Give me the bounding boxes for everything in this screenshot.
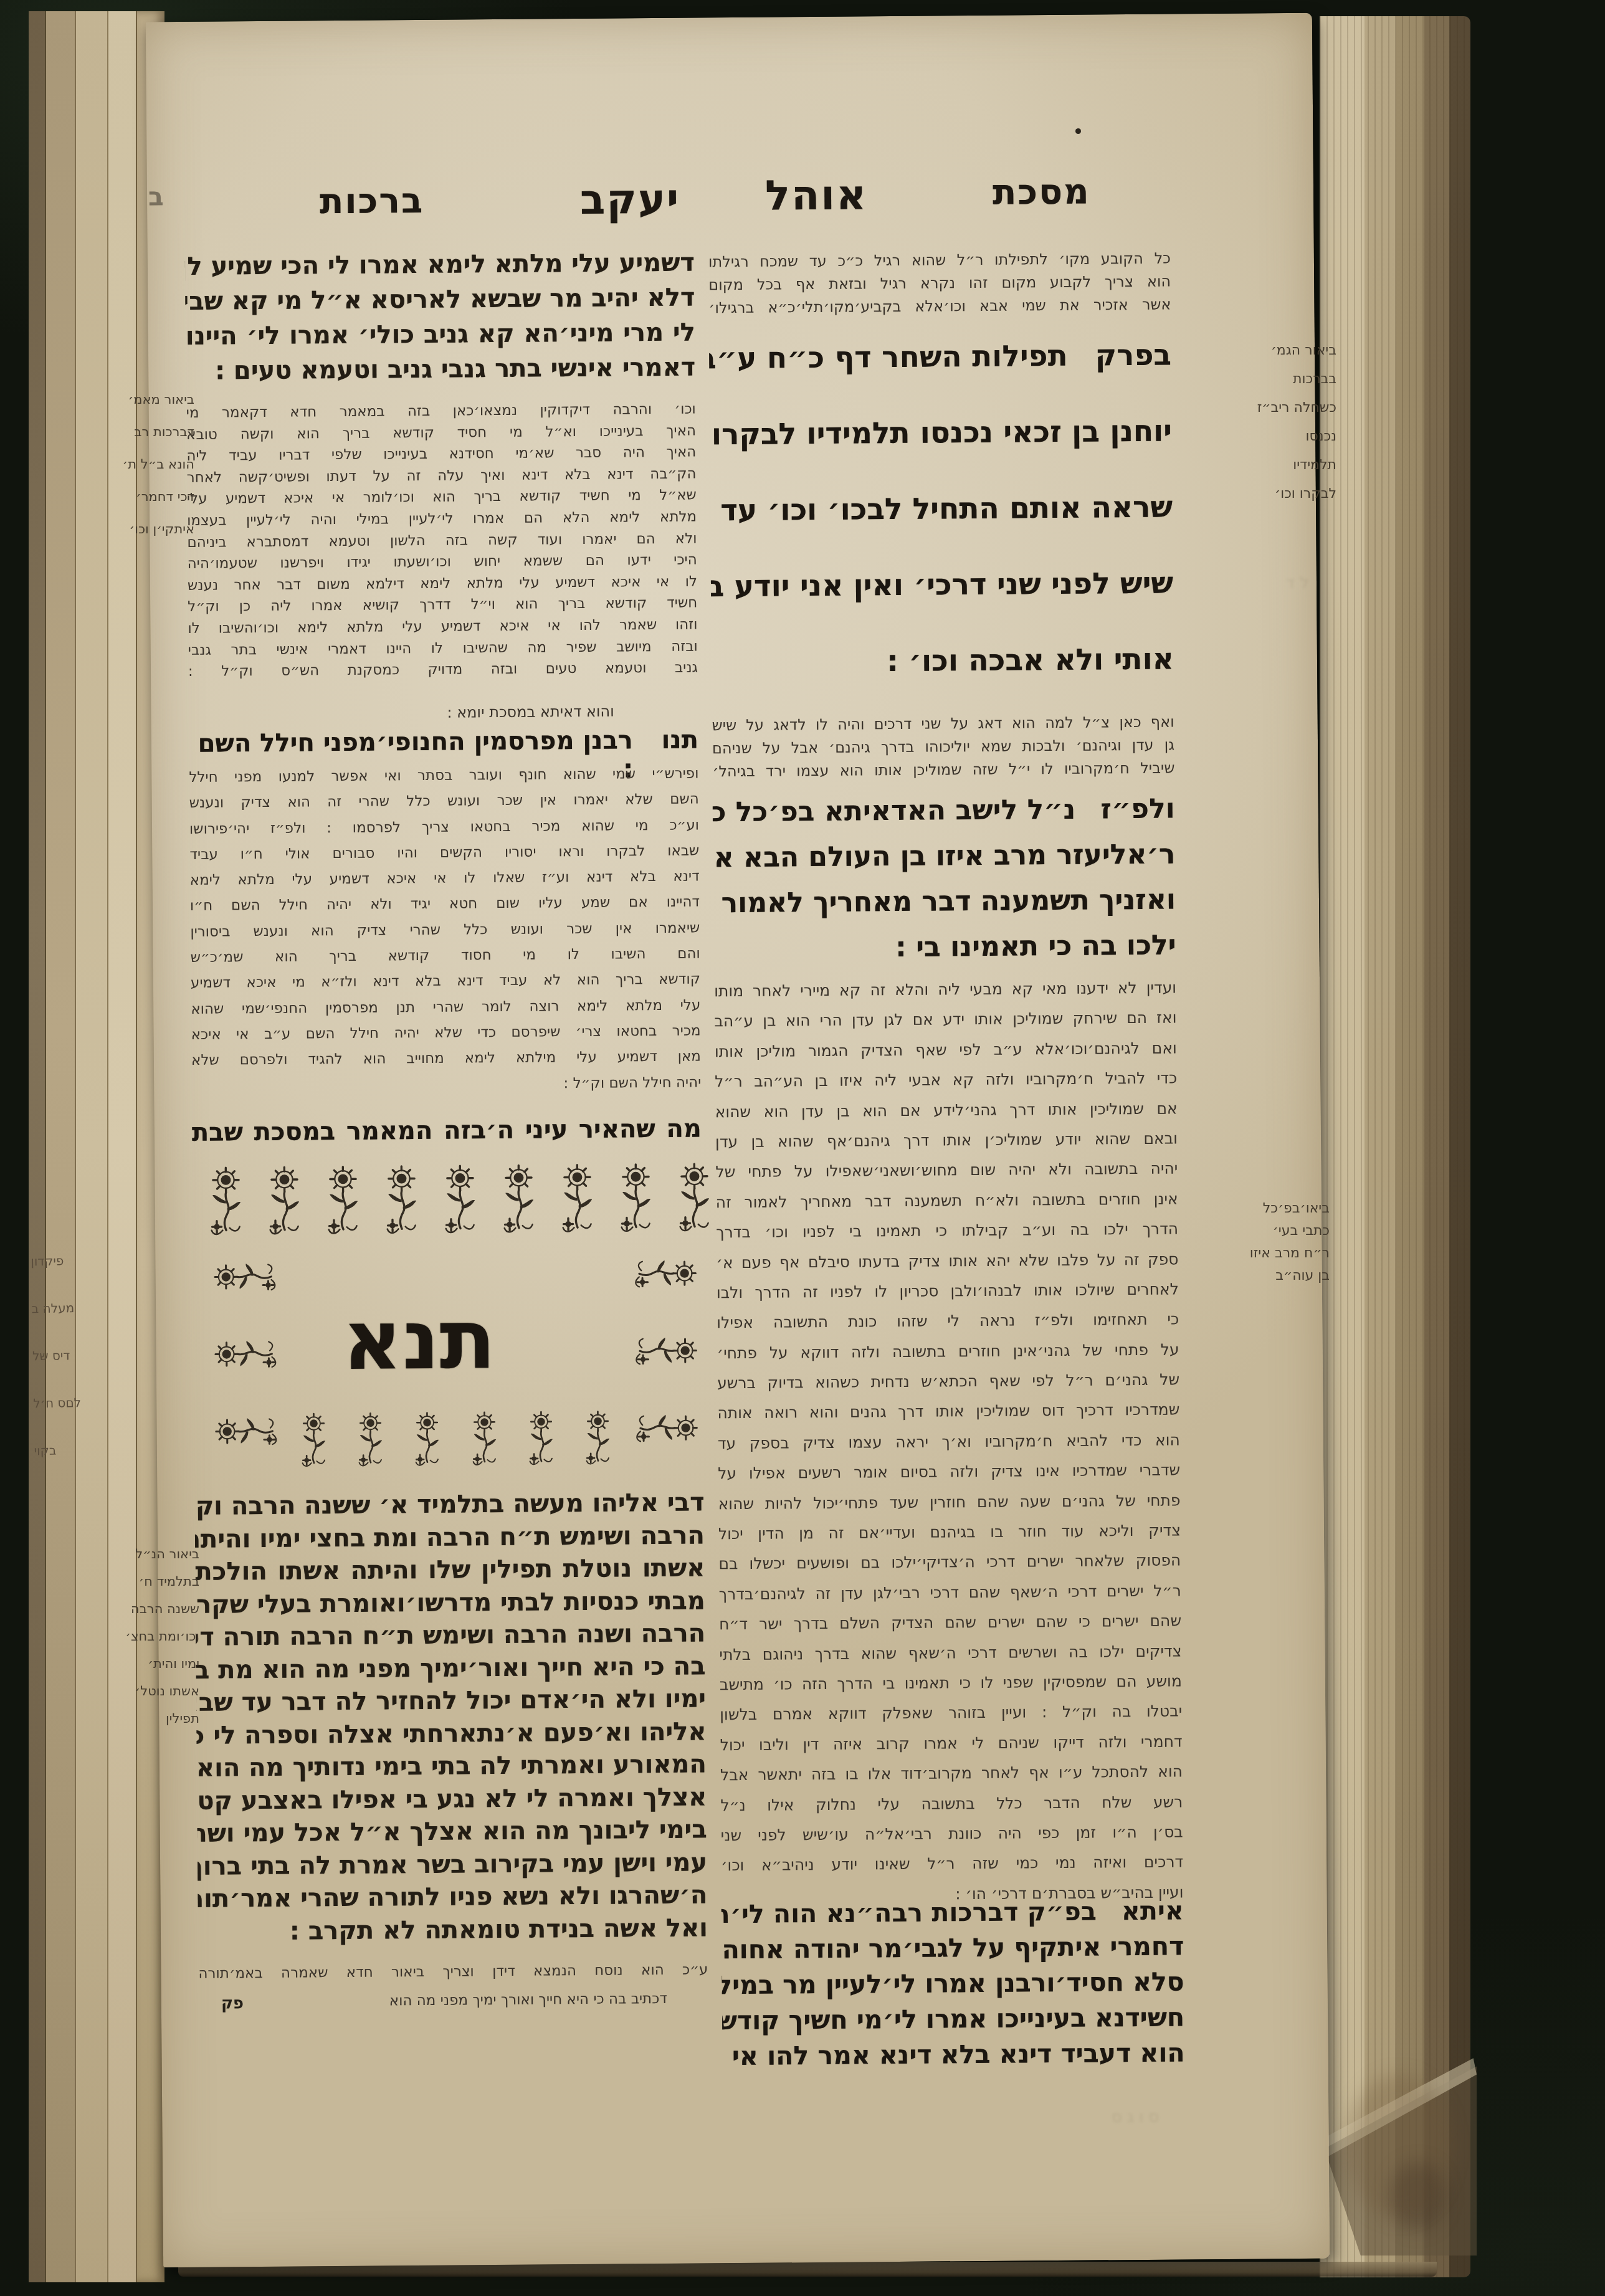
- text-line: ובאם שהוא יודע שמוליכ׳ן אותו דרך גיהנם׳א…: [715, 1129, 1178, 1163]
- text-line: ר׳אליעזר מרב איזו בן העולם הבא א״ל: [713, 838, 1176, 887]
- text-line: לבקרו וכו׳: [1215, 480, 1336, 508]
- text-line: שמדרכיו דרכיך דוס שמוליכין אותו דרך גהני…: [717, 1401, 1179, 1434]
- text-line: יוחנן בן זכאי נכנסו תלמידיו לבקרו כיון: [710, 414, 1173, 493]
- floral-ornament-bottom-band: [288, 1400, 623, 1480]
- fleuron-flower-icon: [496, 1162, 541, 1239]
- header-edge-fragment: ב: [148, 183, 165, 211]
- header-title-ohel: אוהל: [765, 171, 868, 219]
- text-line: שהם ישרים כי שהם ישרים שהם הצדיק השלם בד…: [719, 1612, 1181, 1646]
- page-edge-strip: [107, 11, 137, 2282]
- text-line: הרבה ושנה הרבה ושימש ת״ח הרבה תורה דכתי׳: [196, 1619, 705, 1655]
- book-page: ב מסכת אוהל יעקב ברכות כל הקובע מקו׳ לתפ…: [146, 13, 1330, 2268]
- text-line: שיביל ח׳מקרוביו לו י״ל שזה שמוליכן אותו …: [712, 759, 1174, 786]
- left-column-tana-devei-eliyahu-text: דבי אליהו מעשה בתלמיד א׳ ששנה הרבה וקראה…: [194, 1488, 708, 1950]
- text-line: לי מרי מיני׳הא קא גניב כולי׳ אמרו לי׳ הי…: [186, 318, 695, 356]
- catchword-mark: פק: [221, 1994, 244, 2013]
- text-line: ה׳שהרגו ולא נשא פניו לתורה שהרי אמר׳תורה: [198, 1880, 707, 1917]
- fleuron-flower-icon: [672, 1161, 717, 1237]
- fleuron-flower-icon: [555, 1162, 600, 1239]
- text-line: מעלה ב: [31, 1284, 125, 1333]
- text-line: דאמרי אינשי בתר גנבי גניב וטעמא טעים :: [186, 353, 695, 391]
- text-line: בה כי היא חייך ואור׳ימיך מפני מה הוא מת …: [196, 1652, 705, 1689]
- tanu-rabanan-heading: תנו רבנן מפרסמין החנופי׳מפני חילל השם :: [189, 725, 698, 765]
- text-line: ר״ל ישרים דרכי ה׳שאף שהם דרכי רבי׳לגן עד…: [719, 1581, 1181, 1615]
- fleuron-flower-icon: [212, 1322, 282, 1387]
- text-line: מכיר בחטאו צרי׳ שיפרסם כדי שלא יהיה חילל…: [191, 1022, 701, 1052]
- text-line: גן עדן וגיהנם׳ ולבכות שמא יוליכוהו בדרך …: [712, 736, 1174, 763]
- left-column-talmud-text-top: דשמיע עלי מלתא לימא אמרו לי הכי שמיע לןד…: [185, 248, 696, 391]
- text-line: ביאור הנ״ל: [112, 1540, 199, 1568]
- text-line: ואזניך תשמענה דבר מאחריך לאמור זה הדרך: [713, 884, 1176, 933]
- text-line: הדרך ילכו בה וע״ב קבילתו כי תאמינו בי לפ…: [716, 1220, 1178, 1254]
- text-line: בקוי: [34, 1426, 128, 1475]
- fleuron-flower-icon: [262, 1164, 307, 1241]
- fleuron-flower-icon: [320, 1164, 366, 1241]
- fleuron-flower-icon: [516, 1409, 566, 1470]
- text-line: הרבה ושימש ת״ח הרבה ומת בחצי ימיו והיתה: [195, 1521, 705, 1558]
- fleuron-flower-icon: [630, 1318, 699, 1384]
- text-line: פיקדון: [31, 1236, 125, 1285]
- text-line: ימיו ולא הי׳אדם יכול להחזיר לה דבר עד שב…: [196, 1684, 706, 1721]
- fleuron-flower-icon: [613, 1161, 659, 1238]
- left-column-footer-commentary-line1: ע״כ הוא נוסח הנמצא דידן וצריך ביאור חדא …: [198, 1961, 708, 1981]
- text-line: קודשא בריך הוא לא עביד דינא בלא דינא ולז…: [191, 971, 700, 1001]
- text-line: ופירש״י שמי שהוא חונף ועובר בסתר ואי אפש…: [189, 765, 698, 795]
- fleuron-flower-icon: [203, 1165, 249, 1241]
- text-line: ר״ח מרב איזו: [1166, 1242, 1330, 1265]
- text-line: שדברי שמדרכיו אינו צדיק ולזה בסיום אומר …: [718, 1461, 1180, 1495]
- text-line: אם שמוליכין אותו דרך גהני׳לידע אם הוא בן…: [715, 1099, 1178, 1133]
- text-line: יהיה חילל השם וק״ל :: [191, 1074, 701, 1104]
- text-line: ששנה הרבה: [112, 1595, 199, 1622]
- text-line: של גהני׳ם ר״ל לפי שאף הכתא׳ש נדחית כשהוא…: [717, 1371, 1179, 1404]
- text-line: אשתו נוטל׳: [112, 1677, 199, 1705]
- text-line: דלא יהיב מר שבשא לאריסא א״ל מי קא שביק: [185, 283, 695, 322]
- page-edge-strip: [75, 11, 108, 2282]
- right-column-talmud-quote-berachot5b: איתא בפ״ק דברכות רבה״נא הוה לי׳ת׳דני דחמ…: [722, 1895, 1185, 2077]
- fleuron-flower-icon: [437, 1163, 483, 1239]
- fleuron-flower-icon: [629, 1241, 698, 1307]
- floral-ornament-right-strip: [622, 1239, 707, 1462]
- text-line: שבאו לבקרו וראו יסוריו הקשים והיו סבורים…: [189, 842, 699, 872]
- text-line: מאן דשמיע עלי מילתא לימא מחוייב הוא להגי…: [191, 1049, 701, 1079]
- text-line: עלי מלתא לימא רוצה לומר שהרי תנן מפרסמין…: [191, 997, 700, 1027]
- text-line: ספק זה על פלבו שלא יהא אותו צדיק בדעתו ס…: [716, 1250, 1178, 1284]
- floral-ornament-left-strip: [205, 1242, 289, 1466]
- text-line: דחמרי ולזה דייקו שניהם לי אמרו קרוב איזה…: [720, 1732, 1183, 1766]
- text-line: ואל אשה בנידת טומאתה לא תקרב :: [198, 1913, 708, 1950]
- text-line: הוא צריך לקבוע מקום זהו נקרא רגיל ובזאת …: [708, 272, 1171, 299]
- text-line: יהיה בתשובה ולא יהיה שום מחוש׳ושאני׳שאפי…: [715, 1160, 1178, 1193]
- text-line: ועדין לא ידענו מאי קא מבעי ליה והלא זה ק…: [714, 978, 1176, 1012]
- text-line: אשר אזכיר את שמי אבא וכו׳אלא בקביע׳מקו׳ת…: [708, 295, 1171, 322]
- text-line: יבטלו בה וק״ל : ועיין בזוהר שאפלק דווקא …: [720, 1702, 1182, 1736]
- right-column-talmud-quote-shabbat: ולפ״ז נ״ל לישב האדאיתא בפ׳כל כתבי בעי ר׳…: [713, 793, 1176, 978]
- text-line: לאחרים שיולכו אותו לבנהו׳ולבן סכריון לו …: [717, 1280, 1179, 1313]
- fleuron-flower-icon: [212, 1244, 281, 1310]
- text-line: צדיקים ילכו בה ושרשים דרכי ה׳שאף שהוא בד…: [719, 1642, 1181, 1675]
- text-line: אשתו נוטלת תפילין שלו והיתה אשתו הולכת: [195, 1553, 705, 1590]
- page-edge-strip: [45, 11, 76, 2282]
- fleuron-flower-icon: [379, 1163, 424, 1240]
- fore-edge-texture: [1320, 16, 1470, 2277]
- quote-first-line: בפרק תפילות השחר דף כ״ח ע״ב כשחלה רבי: [709, 338, 1172, 417]
- text-line: ביאור מאמ׳: [116, 383, 194, 416]
- previous-page-text-fragments: פיקדוןמעלה בדיס שללםס ח׳לבקוי: [31, 1236, 128, 1475]
- tana-display-word: תנא: [338, 1292, 500, 1389]
- text-line: ימיו והית׳: [112, 1650, 199, 1677]
- initial-word-ita: איתא: [1122, 1895, 1184, 1932]
- text-line: חשידנא בעינייכו אמרו לי׳מי חשיך קודש׳ברי…: [722, 2002, 1184, 2041]
- text-line: גניב וטעמא טעים ובזה מדויק כמסקנת הש״ס ו…: [188, 660, 698, 685]
- fleuron-flower-icon: [213, 1399, 282, 1464]
- right-column-commentary-1: ואף כאן צ״ל למה הוא דאג על שני דרכים והי…: [712, 713, 1175, 786]
- page-edge-strip: [29, 11, 45, 2282]
- text-line: וע״כ מי שהוא מכיר בחטאו צריך לפרסמו : ול…: [189, 817, 699, 847]
- text-line: מושע הם שמפסיקין שפני לו כי תאמינו בי הד…: [720, 1672, 1182, 1705]
- text-line: דרכים ואיזה נמי כמי שזה ר״ל שאינו יודע נ…: [721, 1853, 1183, 1887]
- bleed-through-text: ל ד: [1209, 574, 1309, 593]
- text-line: וכו׳ומת בחצ׳: [112, 1622, 199, 1650]
- text-line: ילכו בה כי תאמינו בי :: [713, 929, 1176, 978]
- text-line: מבתי כנסיות לבתי מדרשו׳ואומרת בעלי שקרא׳: [196, 1586, 705, 1623]
- text-line: דהיינו אם שמע עליו שום חטא יגיד ולא יהיה…: [190, 894, 700, 924]
- text-line: דברכות רב: [116, 416, 194, 448]
- text-line: רשע שלח הדבר כלל בתשובה עלי נחלוק אילו נ…: [720, 1793, 1183, 1826]
- header-title-yaakov: יעקב: [580, 175, 680, 224]
- text-line: שיש לפני שני דרכי׳ ואין אני יודע באיזה מ…: [711, 566, 1174, 645]
- floral-ornament-top-band: [203, 1161, 717, 1243]
- text-line: דכי דחמר׳: [116, 480, 194, 513]
- right-margin-gloss-1: ביאור הגמ׳בברכותכשחלה ריב״זנכנסותלמידיול…: [1215, 336, 1336, 508]
- ink-speck: [1075, 128, 1081, 134]
- text-line: הוא להסתכל ע״ו אף לאחר מקרוב׳דוד אלו בו …: [720, 1763, 1183, 1796]
- header-masechet: מסכת: [993, 172, 1090, 213]
- text-line: תפילין: [112, 1705, 199, 1732]
- text-line: הוא כדי להביא ח׳מקרוביו וא׳ך יראה עצמו צ…: [718, 1431, 1180, 1464]
- fleuron-flower-icon: [346, 1411, 396, 1471]
- left-column-commentary-2: ופירש״י שמי שהוא חונף ועובר בסתר ואי אפש…: [189, 765, 701, 1103]
- text-line: דיס של: [32, 1331, 126, 1380]
- text-line: אינן חוזרים בתשובה ולא״ח תשמענה דבר מאחר…: [716, 1189, 1178, 1223]
- fleuron-flower-icon: [288, 1411, 339, 1472]
- initial-word-ulefaz: ולפ״ז: [1100, 793, 1175, 839]
- bleed-through-text: ס ו ג ס: [785, 2108, 1159, 2130]
- text-line: בס׳ן ה״ו זמן כפי היה כוונת רבי׳אל״ה עו׳ש…: [721, 1822, 1183, 1856]
- text-line: כדי להביל ח׳מקרוביו ולזה קא אבעי ליה איז…: [715, 1069, 1177, 1103]
- yoma-reference-line: והוא דאיתא במסכת יומא :: [188, 701, 785, 723]
- text-line: ואז הם שירחק שמוליכן אותו ידע אם לגן עדן…: [714, 1009, 1176, 1042]
- text-line: אצלך ואמרה לי לא נגע בי אפילו באצבע קטנה: [197, 1783, 707, 1819]
- scanned-book-photo: { "header": { "tractate_word": "מסכת", "…: [0, 0, 1605, 2296]
- text-line: כשחלה ריב״ז: [1215, 394, 1336, 422]
- header-berachot: ברכות: [320, 181, 424, 222]
- left-column-commentary-1: וכו׳ והרבה דיקדוקין נמצאו׳כאן בזה במאמר …: [186, 401, 698, 685]
- right-column-commentary-2: ועדין לא ידענו מאי קא מבעי ליה והלא זה ק…: [714, 978, 1184, 1917]
- text-line: דבי אליהו מעשה בתלמיד א׳ ששנה הרבה וקרא: [194, 1488, 704, 1525]
- text-line: המאורע ואמרתי לה בתי בימי נדותיך מה הוא: [197, 1750, 707, 1786]
- text-line: כתבי בעי׳: [1166, 1220, 1330, 1242]
- text-line: על פתחי של גהני׳אינן חוזרים בתשובה ולזה …: [717, 1340, 1179, 1374]
- text-line: דחמרי איתקיף על לגבי׳מר יהודה אחוה דרב: [722, 1931, 1184, 1970]
- fleuron-flower-icon: [631, 1395, 700, 1460]
- text-line: כי תאחזימו ולפ״ז נראה לי שזהו כונת התשוב…: [717, 1310, 1179, 1344]
- text-line: ואם לגיהנם׳וכו׳אלא ע״ב לפי שאף הצדיק הגמ…: [715, 1039, 1177, 1072]
- fleuron-flower-icon: [402, 1411, 453, 1471]
- text-line: נכנסו: [1215, 422, 1336, 451]
- text-line: בברכות: [1215, 365, 1336, 394]
- shabbat-section-heading: מה שהאיר עיני ה׳בזה המאמר במסכת שבת: [192, 1114, 702, 1146]
- fleuron-flower-icon: [459, 1410, 510, 1470]
- fleuron-flower-icon: [573, 1409, 623, 1469]
- right-column-rashi-intro: כל הקובע מקו׳ לתפילתו ר״ל שהוא רגיל כ״כ …: [708, 249, 1171, 322]
- quote-first-line: ולפ״ז נ״ל לישב האדאיתא בפ׳כל כתבי בעי: [713, 793, 1176, 842]
- text-line: בן עוה״ב: [1166, 1265, 1330, 1287]
- text-line: כל הקובע מקו׳ לתפילתו ר״ל שהוא רגיל כ״כ …: [708, 249, 1171, 276]
- stain: [1389, 2162, 1445, 2231]
- text-line: הונא ב״ל ת׳: [116, 448, 194, 480]
- text-line: בתלמיד ח׳: [112, 1568, 199, 1595]
- text-line: והם השיבו לו מי חסוד קודשא בריך הוא שמ׳כ…: [191, 946, 700, 976]
- text-line: השם שלא יאמרו אין שכר ועונש כלל שהרי זה …: [189, 791, 699, 821]
- text-line: ביאו׳בפ׳כל: [1166, 1198, 1330, 1220]
- left-column-footer-commentary-line2: דכתיב בה כי היא חייך ואורך ימיך מפני מה …: [199, 1989, 783, 2010]
- text-line: לםס ח׳ל: [33, 1378, 127, 1427]
- text-line: דינא בלא דינא וע״ז שאלו לו אי איכא דשמיע…: [190, 869, 700, 898]
- text-line: תלמידיו: [1215, 451, 1336, 480]
- left-margin-gloss-2: ביאור הנ״לבתלמיד ח׳ששנה הרבהוכו׳ומת בחצ׳…: [112, 1540, 199, 1732]
- text-line: אליהו וא׳פעם א׳נתארחתי אצלה וספרה לי כל: [196, 1717, 706, 1754]
- text-line: צדיק וליכא עוד חוזר בו בגיהנם ועדיי׳אם ז…: [718, 1521, 1181, 1555]
- quote-first-line: איתא בפ״ק דברכות רבה״נא הוה לי׳ת׳דני: [722, 1895, 1184, 1935]
- text-line: איתקי׳ן וכו׳: [116, 513, 194, 545]
- text-line: שראה אותם התחיל לבכו׳ וכו׳ עד ולא עוד אל…: [710, 490, 1173, 569]
- left-margin-gloss-1: ביאור מאמ׳דברכות רבהונא ב״ל ת׳דכי דחמר׳א…: [116, 383, 194, 545]
- text-line: עמי וישן עמי בקירוב בשר אמרת לה בתי ברוך: [198, 1848, 707, 1885]
- text-line: בימי ליבונך מה הוא אצלך א״ל אכל עמי ושתה: [198, 1815, 707, 1852]
- text-line: הוא דעביד דינא בלא דינא אמר להו אי איכא: [722, 2037, 1184, 2077]
- text-line: סלא חסיד׳ורבנן אמרו לי׳לעיין מר במילי׳א״…: [722, 1966, 1184, 2006]
- text-line: פתחי של גהני׳ם שעה שהם חוזרין שעד פתחי׳י…: [718, 1491, 1180, 1525]
- text-line: שיאמרו אין שכר ועונש כלל שהרי צדיק הוא ו…: [190, 920, 700, 950]
- text-line: ביאור הגמ׳: [1215, 336, 1336, 365]
- initial-word-beferek: בפרק: [1095, 338, 1171, 414]
- initial-word-tanu: תנו: [662, 725, 699, 761]
- text-line: דשמיע עלי מלתא לימא אמרו לי הכי שמיע לן: [185, 248, 695, 287]
- text-line: הפסוק שלאחר ישרים דרכי ה׳צדיקי׳ילכו בם ו…: [718, 1551, 1181, 1585]
- right-margin-gloss-2: ביאו׳בפ׳כלכתבי בעי׳ר״ח מרב איזובן עוה״ב: [1166, 1198, 1330, 1287]
- right-column-talmud-quote-berachot28b: בפרק תפילות השחר דף כ״ח ע״ב כשחלה רבי יו…: [709, 338, 1174, 722]
